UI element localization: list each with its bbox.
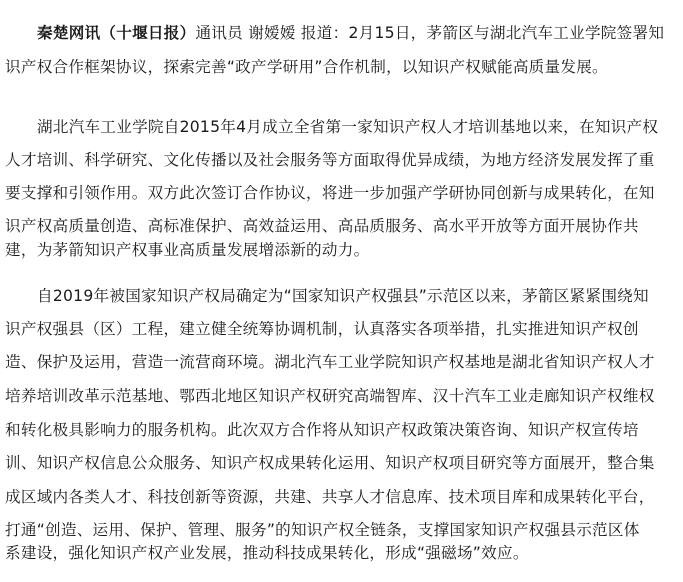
paragraph-1-line-2: 识产权合作框架协议，探索完善“政产学研用”合作机制，以知识产权赋能高质量发展。 [5,57,608,77]
article-byline-text: 通讯员 谢嫒嫒 报道：2月15日，茅箭区与湖北汽车工业学院签署知 [195,24,664,42]
paragraph-3-line-6: 训、知识产权信息公众服务、知识产权成果转化运用、知识产权项目研究等方面展开，整合… [5,453,655,473]
paragraph-3-line-1: 自2019年被国家知识产权局确定为“国家知识产权强县”示范区以来，茅箭区紧紧围绕… [37,286,649,306]
paragraph-2-line-2: 人才培训、科学研究、文化传播以及社会服务等方面取得优异成绩，为地方经济发展发挥了… [5,150,655,170]
paragraph-3-line-3: 造、保护及运用，营造一流营商环境。湖北汽车工业学院知识产权基地是湖北省知识产权人… [5,352,655,372]
paragraph-2-line-4: 识产权高质量创造、高标准保护、高效益运用、高品质服务、高水平开放等方面开展协作共 [5,216,639,236]
article-source-lead: 秦楚网讯（十堰日报） [37,24,195,42]
paragraph-2-line-1: 湖北汽车工业学院自2015年4月成立全省第一家知识产权人才培训基地以来，在知识产… [37,117,658,137]
paragraph-2-line-3: 要支撑和引领作用。双方此次签订合作协议，将进一步加强产学研协同创新与成果转化，在… [5,183,655,203]
news-article: 秦楚网讯（十堰日报）通讯员 谢嫒嫒 报道：2月15日，茅箭区与湖北汽车工业学院签… [0,0,683,582]
paragraph-1-line-1: 秦楚网讯（十堰日报）通讯员 谢嫒嫒 报道：2月15日，茅箭区与湖北汽车工业学院签… [37,23,664,43]
paragraph-3-line-7: 成区域内各类人才、科技创新等资源，共建、共享人才信息库、技术项目库和成果转化平台… [5,487,655,507]
paragraph-3-line-4: 培养培训改革示范基地、鄂西北地区知识产权研究高端智库、汉十汽车工业走廊知识产权维… [5,386,655,406]
paragraph-2-line-5: 建，为茅箭知识产权事业高质量发展增添新的动力。 [5,240,369,260]
paragraph-3-line-8: 打通“创造、运用、保护、管理、服务”的知识产权全链条，支撑国家知识产权强县示范区… [5,520,640,540]
paragraph-3-line-9: 系建设，强化知识产权产业发展，推动科技成果转化，形成“强磁场”效应。 [5,543,529,563]
paragraph-3-line-5: 和转化极具影响力的服务机构。此次双方合作将从知识产权政策决策咨询、知识产权宣传培 [5,420,639,440]
paragraph-3-line-2: 识产权强县（区）工程，建立健全统筹协调机制，认真落实各项举措，扎实推进知识产权创 [5,319,639,339]
